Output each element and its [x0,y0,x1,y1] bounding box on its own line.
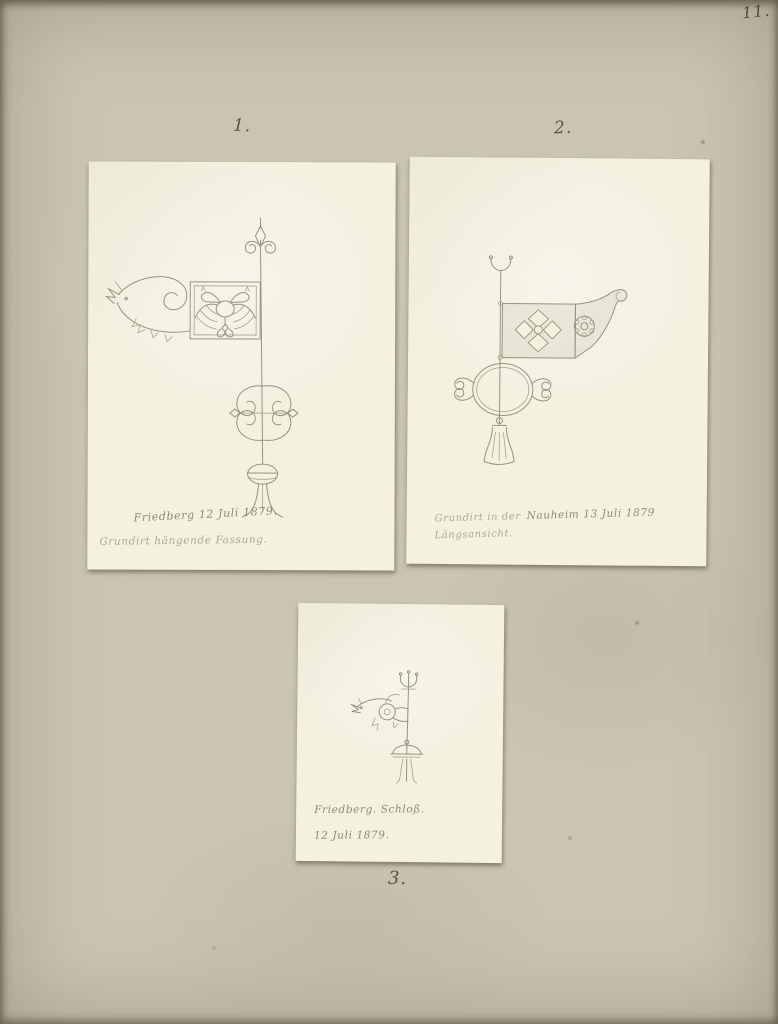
sketch-sheet-2: Grundirt in der Längsansicht. Nauheim 13… [406,157,710,567]
sketch-sheet-3: Friedberg. Schloß. 12 Juli 1879. [296,603,505,863]
caption-figure2-note-line2: Längsansicht. [434,528,513,541]
weathervane-drawing-3 [296,603,505,863]
album-page: 11. 1. 2. 3. [0,0,778,1024]
figure-label-2: 2. [554,118,573,139]
figure-label-3: 3. [388,868,408,889]
caption-figure3-place: Friedberg. Schloß. [314,803,425,816]
sketch-sheet-1: Friedberg 12 Juli 1879. Grundirt hängend… [87,161,395,570]
figure-label-1: 1. [233,116,252,137]
caption-figure2-note-line1: Grundirt in der [435,511,521,524]
weathervane-drawing-2 [406,157,710,567]
caption-figure3-date: 12 Juli 1879. [314,829,390,842]
caption-figure1-note: Grundirt hängende Fassung. [99,534,267,548]
page-number: 11. [741,1,771,23]
